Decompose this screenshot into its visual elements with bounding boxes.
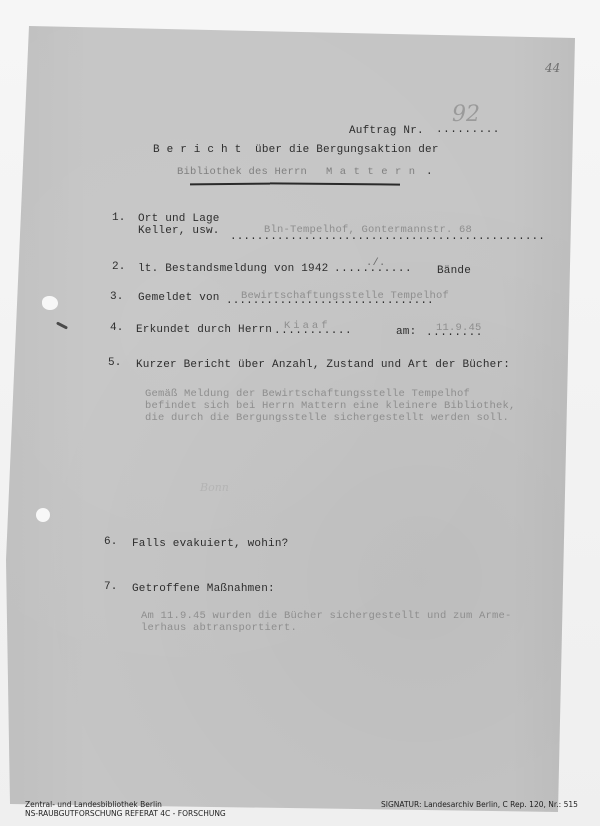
item-1-label: Ort und Lage — [138, 214, 220, 225]
item-number-7: 7. — [104, 582, 118, 593]
punch-hole — [42, 296, 58, 310]
order-number-dots: ......... — [436, 125, 500, 136]
item-5-text-line: befindet sich bei Herrn Mattern eine kle… — [145, 401, 516, 412]
item-5-text-line: Gemäß Meldung der Bewirtschaftungsstelle… — [145, 389, 470, 400]
item-number-2: 2. — [112, 262, 126, 273]
item-number-6: 6. — [104, 537, 118, 548]
item-2-suffix: Bände — [437, 266, 471, 277]
item-7-label: Getroffene Maßnahmen: — [132, 584, 275, 595]
item-number-1: 1. — [112, 213, 126, 224]
item-4-value: Kiaaf — [284, 321, 331, 332]
title-period: . — [426, 167, 433, 178]
faint-signature: Bonn — [200, 482, 229, 493]
item-7-text-line: lerhaus abtransportiert. — [141, 623, 297, 634]
item-2-label: lt. Bestandsmeldung von 1942 — [138, 264, 328, 275]
library-owner-name: M a t t e r n — [326, 167, 416, 178]
handwritten-page-number: 44 — [545, 62, 560, 74]
order-number-label: Auftrag Nr. — [349, 126, 424, 137]
item-5-text-line: die durch die Bergungsstelle sichergeste… — [145, 413, 509, 424]
item-2-value: ./. — [366, 258, 386, 269]
item-3-dots: ............................... — [226, 296, 434, 307]
item-3-label: Gemeldet von — [138, 293, 220, 304]
item-6-label: Falls evakuiert, wohin? — [132, 539, 288, 550]
item-4-date-value: 11.9.45 — [436, 323, 482, 334]
item-number-5: 5. — [108, 358, 122, 369]
report-title: B e r i c h t über die Bergungsaktion de… — [153, 145, 439, 156]
footer-department: NS-RAUBGUTFORSCHUNG REFERAT 4C - FORSCHU… — [25, 809, 226, 818]
handwritten-order-number: 92 — [452, 104, 480, 126]
footer-institution: Zentral- und Landesbibliothek Berlin NS-… — [25, 801, 226, 818]
library-name-prefix: Bibliothek des Herrn — [177, 167, 307, 178]
item-number-4: 4. — [110, 323, 124, 334]
item-number-3: 3. — [110, 292, 124, 303]
item-4-label: Erkundet durch Herrn — [136, 325, 272, 336]
punch-hole — [36, 508, 50, 522]
item-1-label-2: Keller, usw. — [138, 226, 220, 237]
item-4-date-label: am: — [396, 327, 416, 338]
item-1-dots: ........................................… — [230, 232, 545, 243]
item-5-label: Kurzer Bericht über Anzahl, Zustand und … — [136, 360, 510, 371]
footer-signature: SIGNATUR: Landesarchiv Berlin, C Rep. 12… — [381, 801, 578, 810]
item-7-text-line: Am 11.9.45 wurden die Bücher sichergeste… — [141, 611, 512, 622]
